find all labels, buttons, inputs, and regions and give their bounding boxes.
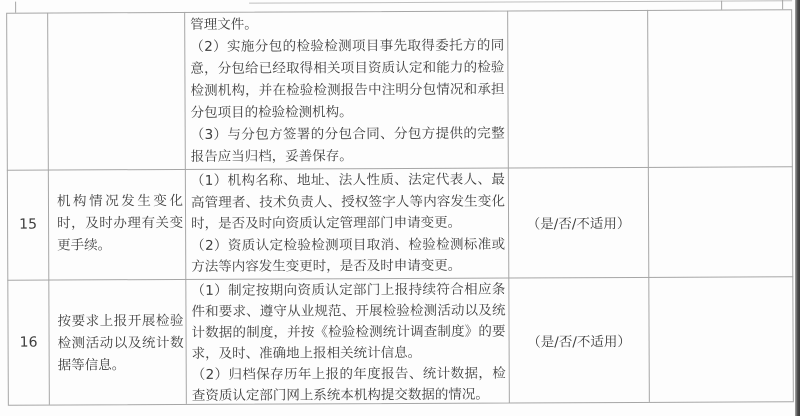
grid-line-remnant-tick-mid xyxy=(721,1,722,10)
paragraph: 管理文件。 xyxy=(190,13,504,36)
paragraph: （1）制定按期向资质认定部门上报持续符合相应条件和要求、遵守从业规范、开展检验检… xyxy=(191,280,505,365)
paragraph: （2）归档保存历年上报的年度报告、统计数据，检查资质认定部门网上系统本机构提交数… xyxy=(192,363,506,406)
cell-remark-row-15 xyxy=(649,166,792,277)
cell-details-row-continuation: 管理文件。 （2）实施分包的检验检测项目事先取得委托方的同意，分包给已经取得相关… xyxy=(190,13,505,168)
cell-item-row-15: 机构情况发生变化时，及时办理有关变更手续。 xyxy=(57,190,183,257)
paragraph: （2）实施分包的检验检测项目事先取得委托方的同意，分包给已经取得相关项目资质认定… xyxy=(190,35,504,124)
paragraph: （3）与分包方签署的分包合同、分包方提供的完整报告应当归档，妥善保存。 xyxy=(191,123,505,168)
cell-details-row-16: （1）制定按期向资质认定部门上报持续符合相应条件和要求、遵守从业规范、开展检验检… xyxy=(191,280,506,407)
cell-details-row-15: （1）机构名称、地址、法人性质、法定代表人、最高管理者、技术负责人、授权签字人等… xyxy=(191,170,505,279)
cell-result-row-15: （是/否/不适用） xyxy=(509,167,648,278)
grid-line-top-remnant xyxy=(249,0,792,3)
grid-line-remnant-tick-right xyxy=(782,0,783,9)
document-sheet: 管理文件。 （2）实施分包的检验检测项目事先取得委托方的同意，分包给已经取得相关… xyxy=(0,0,800,416)
scan-edge-strip xyxy=(795,0,800,416)
paragraph: （2）资质认定检验检测项目取消、检验检测标准或方法等内容发生变更时，是否及时申请… xyxy=(191,234,505,278)
cell-result-row-16: （是/否/不适用） xyxy=(509,277,649,404)
scanned-document-page: 管理文件。 （2）实施分包的检验检测项目事先取得委托方的同意，分包给已经取得相关… xyxy=(0,0,800,416)
cell-item-row-16: 按要求上报开展检验检测活动以及统计数据等信息。 xyxy=(57,310,183,377)
cell-no-row-15: 15 xyxy=(8,170,48,280)
cell-no-row-16: 16 xyxy=(8,280,49,406)
paragraph: （1）机构名称、地址、法人性质、法定代表人、最高管理者、技术负责人、授权签字人等… xyxy=(191,170,505,236)
cell-remark-row-16 xyxy=(649,276,793,403)
